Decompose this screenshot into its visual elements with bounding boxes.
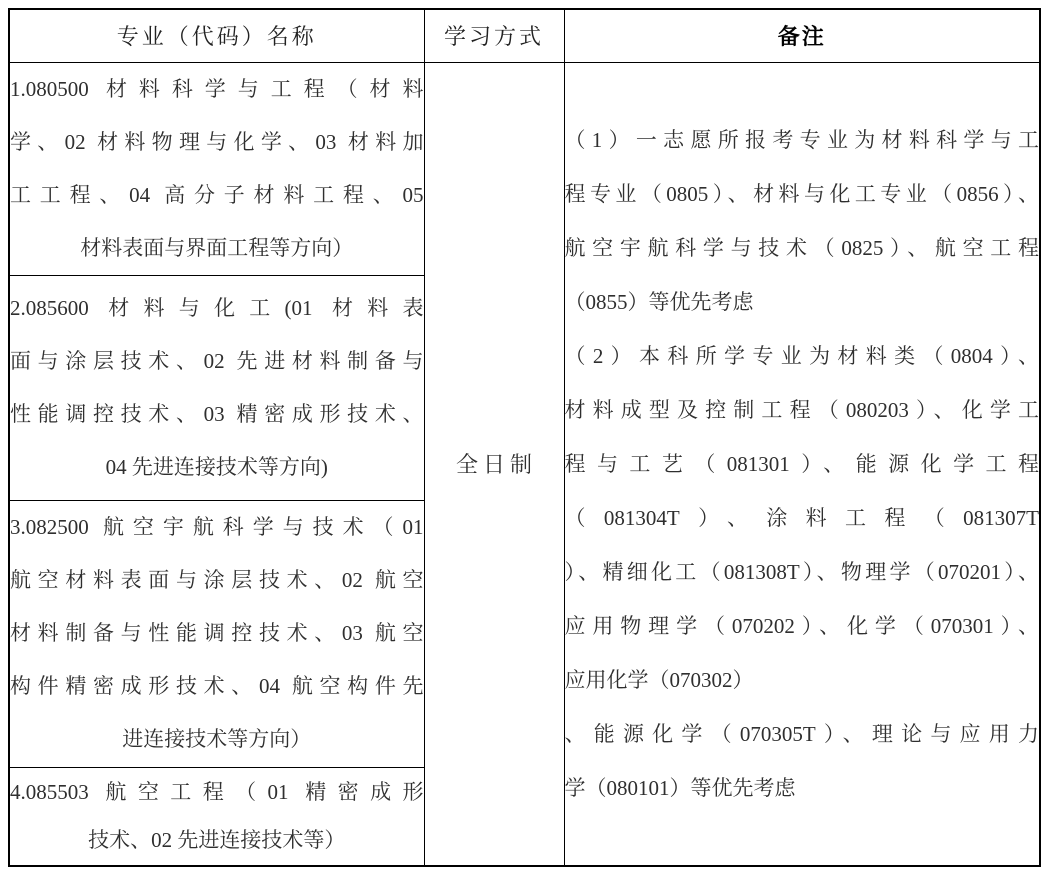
text-line: 04 先进连接技术等方向) [10,441,424,494]
text-line: 学、02 材料物理与化学、03 材料加 [10,116,424,169]
remarks-paragraph-2: （2）本科所学专业为材料类（0804）、材料成型及控制工程（080203）、化学… [565,329,1040,707]
admissions-table: 专业（代码）名称 学习方式 备注 1.080500 材料科学与工程（材料学、02… [8,8,1041,867]
text-line: 构件精密成形技术、04 航空构件先 [10,660,424,713]
text-line: （081304T）、涂料工程（081307T [565,491,1040,545]
text-line: 航空宇航科学与技术（0825）、航空工程 [565,221,1040,275]
major-cell-2: 2.085600 材料与化工(01 材料表面与涂层技术、02 先进材料制备与性能… [9,275,424,500]
text-line: 学（080101）等优先考虑 [565,761,1040,815]
text-line: 2.085600 材料与化工(01 材料表 [10,282,424,335]
col-header-major-name: 专业（代码）名称 [9,9,424,62]
text-line: 程专业（0805）、材料与化工专业（0856）、 [565,167,1040,221]
text-line: 面与涂层技术、02 先进材料制备与 [10,335,424,388]
text-line: 材料成型及控制工程（080203）、化学工 [565,383,1040,437]
major-cell-1: 1.080500 材料科学与工程（材料学、02 材料物理与化学、03 材料加工工… [9,62,424,275]
remarks-paragraph-3: 、能源化学（070305T）、理论与应用力学（080101）等优先考虑 [565,707,1040,815]
text-line: 技术、02 先进连接技术等） [10,816,424,864]
text-line: 应用化学（070302） [565,653,1040,707]
text-line: （1）一志愿所报考专业为材料科学与工 [565,113,1040,167]
text-line: 3.082500 航空宇航科学与技术（01 [10,501,424,554]
text-line: 材料制备与性能调控技术、03 航空 [10,607,424,660]
table-header-row: 专业（代码）名称 学习方式 备注 [9,9,1040,62]
text-line: ）、精细化工（081308T）、物理学（070201）、 [565,545,1040,599]
text-line: 程与工艺（081301）、能源化学工程 [565,437,1040,491]
text-line: 材料表面与界面工程等方向） [10,222,424,275]
study-mode-cell: 全日制 [424,62,564,866]
text-line: （2）本科所学专业为材料类（0804）、 [565,329,1040,383]
remarks-cell: （1）一志愿所报考专业为材料科学与工程专业（0805）、材料与化工专业（0856… [564,62,1040,866]
text-line: 进连接技术等方向） [10,713,424,766]
text-line: 工工程、04 高分子材料工程、05 [10,169,424,222]
text-line: 航空材料表面与涂层技术、02 航空 [10,554,424,607]
major-cell-3: 3.082500 航空宇航科学与技术（01航空材料表面与涂层技术、02 航空材料… [9,500,424,767]
major-cell-4: 4.085503 航空工程（01 精密成形技术、02 先进连接技术等） [9,767,424,866]
text-line: 性能调控技术、03 精密成形技术、 [10,388,424,441]
text-line: 、能源化学（070305T）、理论与应用力 [565,707,1040,761]
text-line: 1.080500 材料科学与工程（材料 [10,63,424,116]
col-header-study-mode: 学习方式 [424,9,564,62]
table-row-major-1: 1.080500 材料科学与工程（材料学、02 材料物理与化学、03 材料加工工… [9,62,1040,275]
text-line: 应用物理学（070202）、化学（070301）、 [565,599,1040,653]
text-line: 4.085503 航空工程（01 精密成形 [10,768,424,816]
remarks-paragraph-1: （1）一志愿所报考专业为材料科学与工程专业（0805）、材料与化工专业（0856… [565,113,1040,329]
document-page: 专业（代码）名称 学习方式 备注 1.080500 材料科学与工程（材料学、02… [0,0,1047,876]
text-line: （0855）等优先考虑 [565,275,1040,329]
col-header-remarks: 备注 [564,9,1040,62]
